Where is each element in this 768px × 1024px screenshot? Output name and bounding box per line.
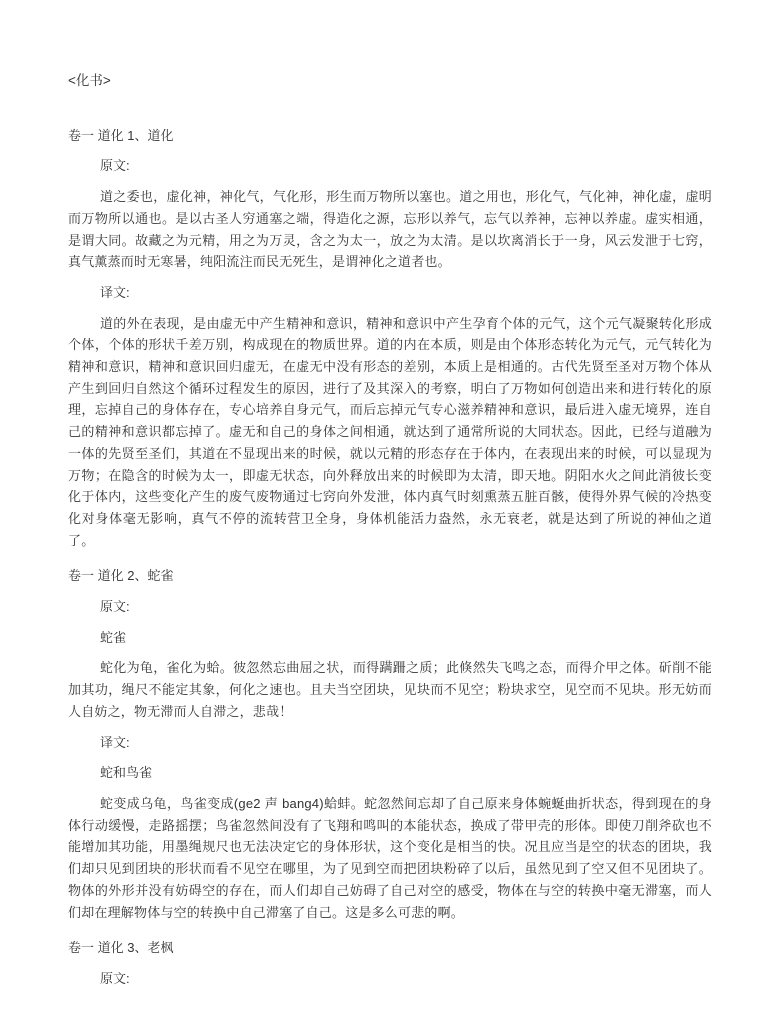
original-paragraph: 道之委也，虚化神，神化气，气化形，形生而万物所以塞也。道之用也，形化气，气化神，…: [68, 186, 712, 273]
original-label: 原文:: [68, 596, 712, 618]
translation-paragraph: 道的外在表现，是由虚无中产生精神和意识，精神和意识中产生孕育个体的元气，这个元气…: [68, 313, 712, 552]
section-laofeng-3: 卷一 道化 3、老枫 原文:: [68, 937, 712, 989]
document-page: <化书> 卷一 道化 1、道化 原文: 道之委也，虚化神，神化气，气化形，形生而…: [0, 0, 768, 1024]
section-daohua-1: 卷一 道化 1、道化 原文: 道之委也，虚化神，神化气，气化形，形生而万物所以塞…: [68, 125, 712, 552]
section-heading: 卷一 道化 2、蛇雀: [68, 565, 712, 587]
original-label: 原文:: [68, 968, 712, 990]
document-title: <化书>: [68, 70, 712, 92]
translation-label: 译文:: [68, 732, 712, 754]
original-paragraph: 蛇化为龟，雀化为蛤。彼忽然忘曲屈之状，而得蹒跚之质；此倏然失飞鸣之态，而得介甲之…: [68, 657, 712, 722]
translation-paragraph: 蛇变成乌龟，鸟雀变成(ge2 声 bang4)蛤蚌。蛇忽然间忘却了自己原来身体蜿…: [68, 793, 712, 923]
section-heading: 卷一 道化 3、老枫: [68, 937, 712, 959]
section-sheque-2: 卷一 道化 2、蛇雀 原文: 蛇雀 蛇化为龟，雀化为蛤。彼忽然忘曲屈之状，而得蹒…: [68, 565, 712, 923]
section-heading: 卷一 道化 1、道化: [68, 125, 712, 147]
translation-label: 译文:: [68, 282, 712, 304]
translation-subtitle: 蛇和鸟雀: [68, 762, 712, 784]
original-label: 原文:: [68, 155, 712, 177]
original-subtitle: 蛇雀: [68, 627, 712, 649]
